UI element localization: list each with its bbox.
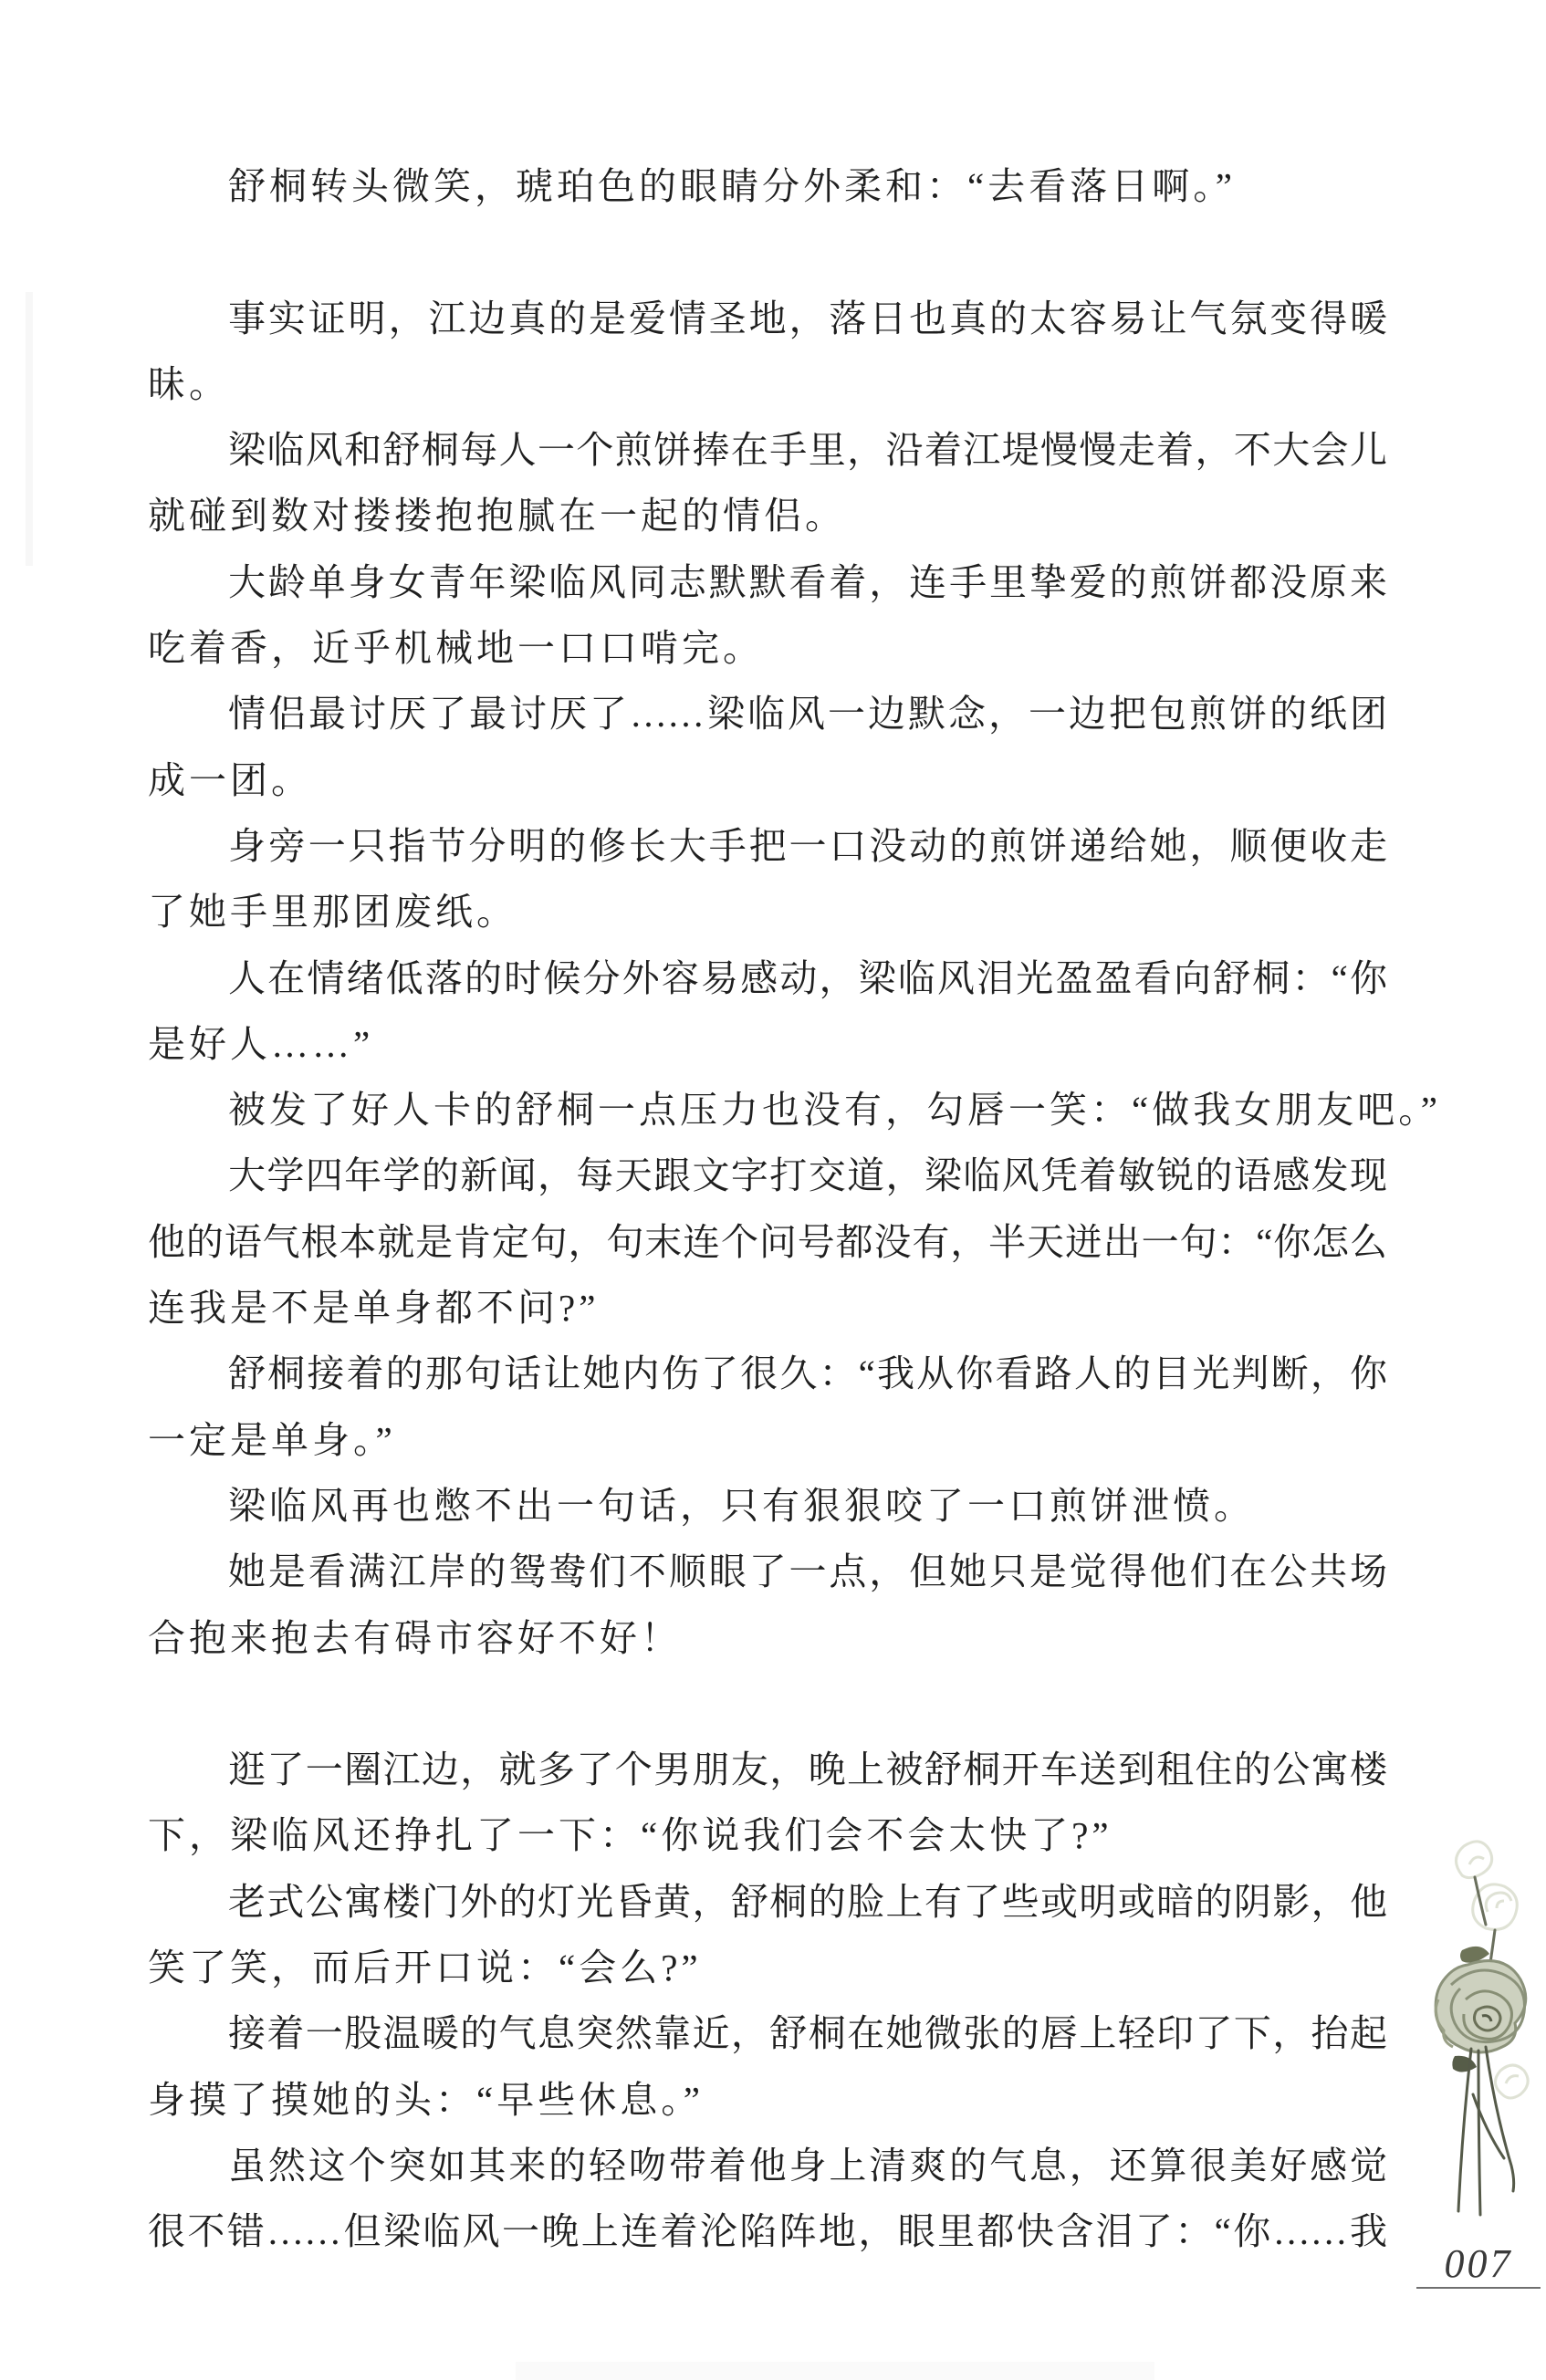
- text-line: 了她手里那团废纸。: [148, 879, 1387, 945]
- rose-flower-illustration: [1415, 1821, 1535, 2222]
- text-line: 身旁一只指节分明的修长大手把一口没动的煎饼递给她，顺便收走: [148, 813, 1387, 879]
- text-line: 她是看满江岸的鸳鸯们不顺眼了一点，但她只是觉得他们在公共场: [148, 1539, 1387, 1604]
- text-line: 一定是单身。”: [148, 1407, 1387, 1473]
- page-number: 007: [1416, 2240, 1541, 2287]
- scan-streak: [26, 292, 33, 566]
- page-number-underline: [1416, 2287, 1541, 2289]
- text-line: 人在情绪低落的时候分外容易感动，梁临风泪光盈盈看向舒桐：“你: [148, 945, 1387, 1011]
- blank-line: [148, 1671, 1387, 1737]
- text-line: 舒桐接着的那句话让她内伤了很久：“我从你看路人的目光判断，你: [148, 1341, 1387, 1406]
- text-line: 下，梁临风还挣扎了一下：“你说我们会不会太快了?”: [148, 1802, 1387, 1868]
- text-line: 大龄单身女青年梁临风同志默默看着，连手里挚爱的煎饼都没原来: [148, 549, 1387, 615]
- text-line: 吃着香，近乎机械地一口口啃完。: [148, 615, 1387, 681]
- text-line: 事实证明，江边真的是爱情圣地，落日也真的太容易让气氛变得暖: [148, 286, 1387, 351]
- text-line: 是好人……”: [148, 1011, 1387, 1077]
- text-line: 接着一股温暖的气息突然靠近，舒桐在她微张的唇上轻印了下，抬起: [148, 2000, 1387, 2066]
- text-line: 他的语气根本就是肯定句，句末连个问号都没有，半天迸出一句：“你怎么: [148, 1209, 1387, 1275]
- blank-line: [148, 219, 1387, 285]
- text-line: 很不错……但梁临风一晚上连着沦陷阵地，眼里都快含泪了：“你……我: [148, 2198, 1387, 2264]
- text-line: 舒桐转头微笑，琥珀色的眼睛分外柔和：“去看落日啊。”: [148, 153, 1387, 219]
- scan-artifact: [516, 2362, 1154, 2380]
- leaf: [1452, 2056, 1477, 2072]
- text-line: 逛了一圈江边，就多了个男朋友，晚上被舒桐开车送到租住的公寓楼: [148, 1737, 1387, 1802]
- text-line: 笑了笑，而后开口说：“会么?”: [148, 1935, 1387, 2000]
- text-line: 合抱来抱去有碍市容好不好！: [148, 1605, 1387, 1671]
- text-line: 梁临风再也憋不出一句话，只有狠狠咬了一口煎饼泄愤。: [148, 1473, 1387, 1539]
- text-line: 梁临风和舒桐每人一个煎饼捧在手里，沿着江堤慢慢走着，不大会儿: [148, 417, 1387, 483]
- text-line: 成一团。: [148, 747, 1387, 813]
- text-line: 情侣最讨厌了最讨厌了……梁临风一边默念，一边把包煎饼的纸团: [148, 681, 1387, 746]
- text-line: 连我是不是单身都不问?”: [148, 1275, 1387, 1341]
- text-line: 被发了好人卡的舒桐一点压力也没有，勾唇一笑：“做我女朋友吧。”: [148, 1077, 1387, 1143]
- text-line: 大学四年学的新闻，每天跟文字打交道，梁临风凭着敏锐的语感发现: [148, 1143, 1387, 1208]
- text-line: 虽然这个突如其来的轻吻带着他身上清爽的气息，还算很美好感觉: [148, 2133, 1387, 2198]
- text-line: 就碰到数对搂搂抱抱腻在一起的情侣。: [148, 483, 1387, 548]
- text-line: 昧。: [148, 351, 1387, 417]
- body-text: 舒桐转头微笑，琥珀色的眼睛分外柔和：“去看落日啊。”事实证明，江边真的是爱情圣地…: [148, 153, 1387, 2265]
- text-line: 老式公寓楼门外的灯光昏黄，舒桐的脸上有了些或明或暗的阴影，他: [148, 1869, 1387, 1935]
- book-page: 舒桐转头微笑，琥珀色的眼睛分外柔和：“去看落日啊。”事实证明，江边真的是爱情圣地…: [0, 0, 1546, 2380]
- text-line: 身摸了摸她的头：“早些休息。”: [148, 2067, 1387, 2133]
